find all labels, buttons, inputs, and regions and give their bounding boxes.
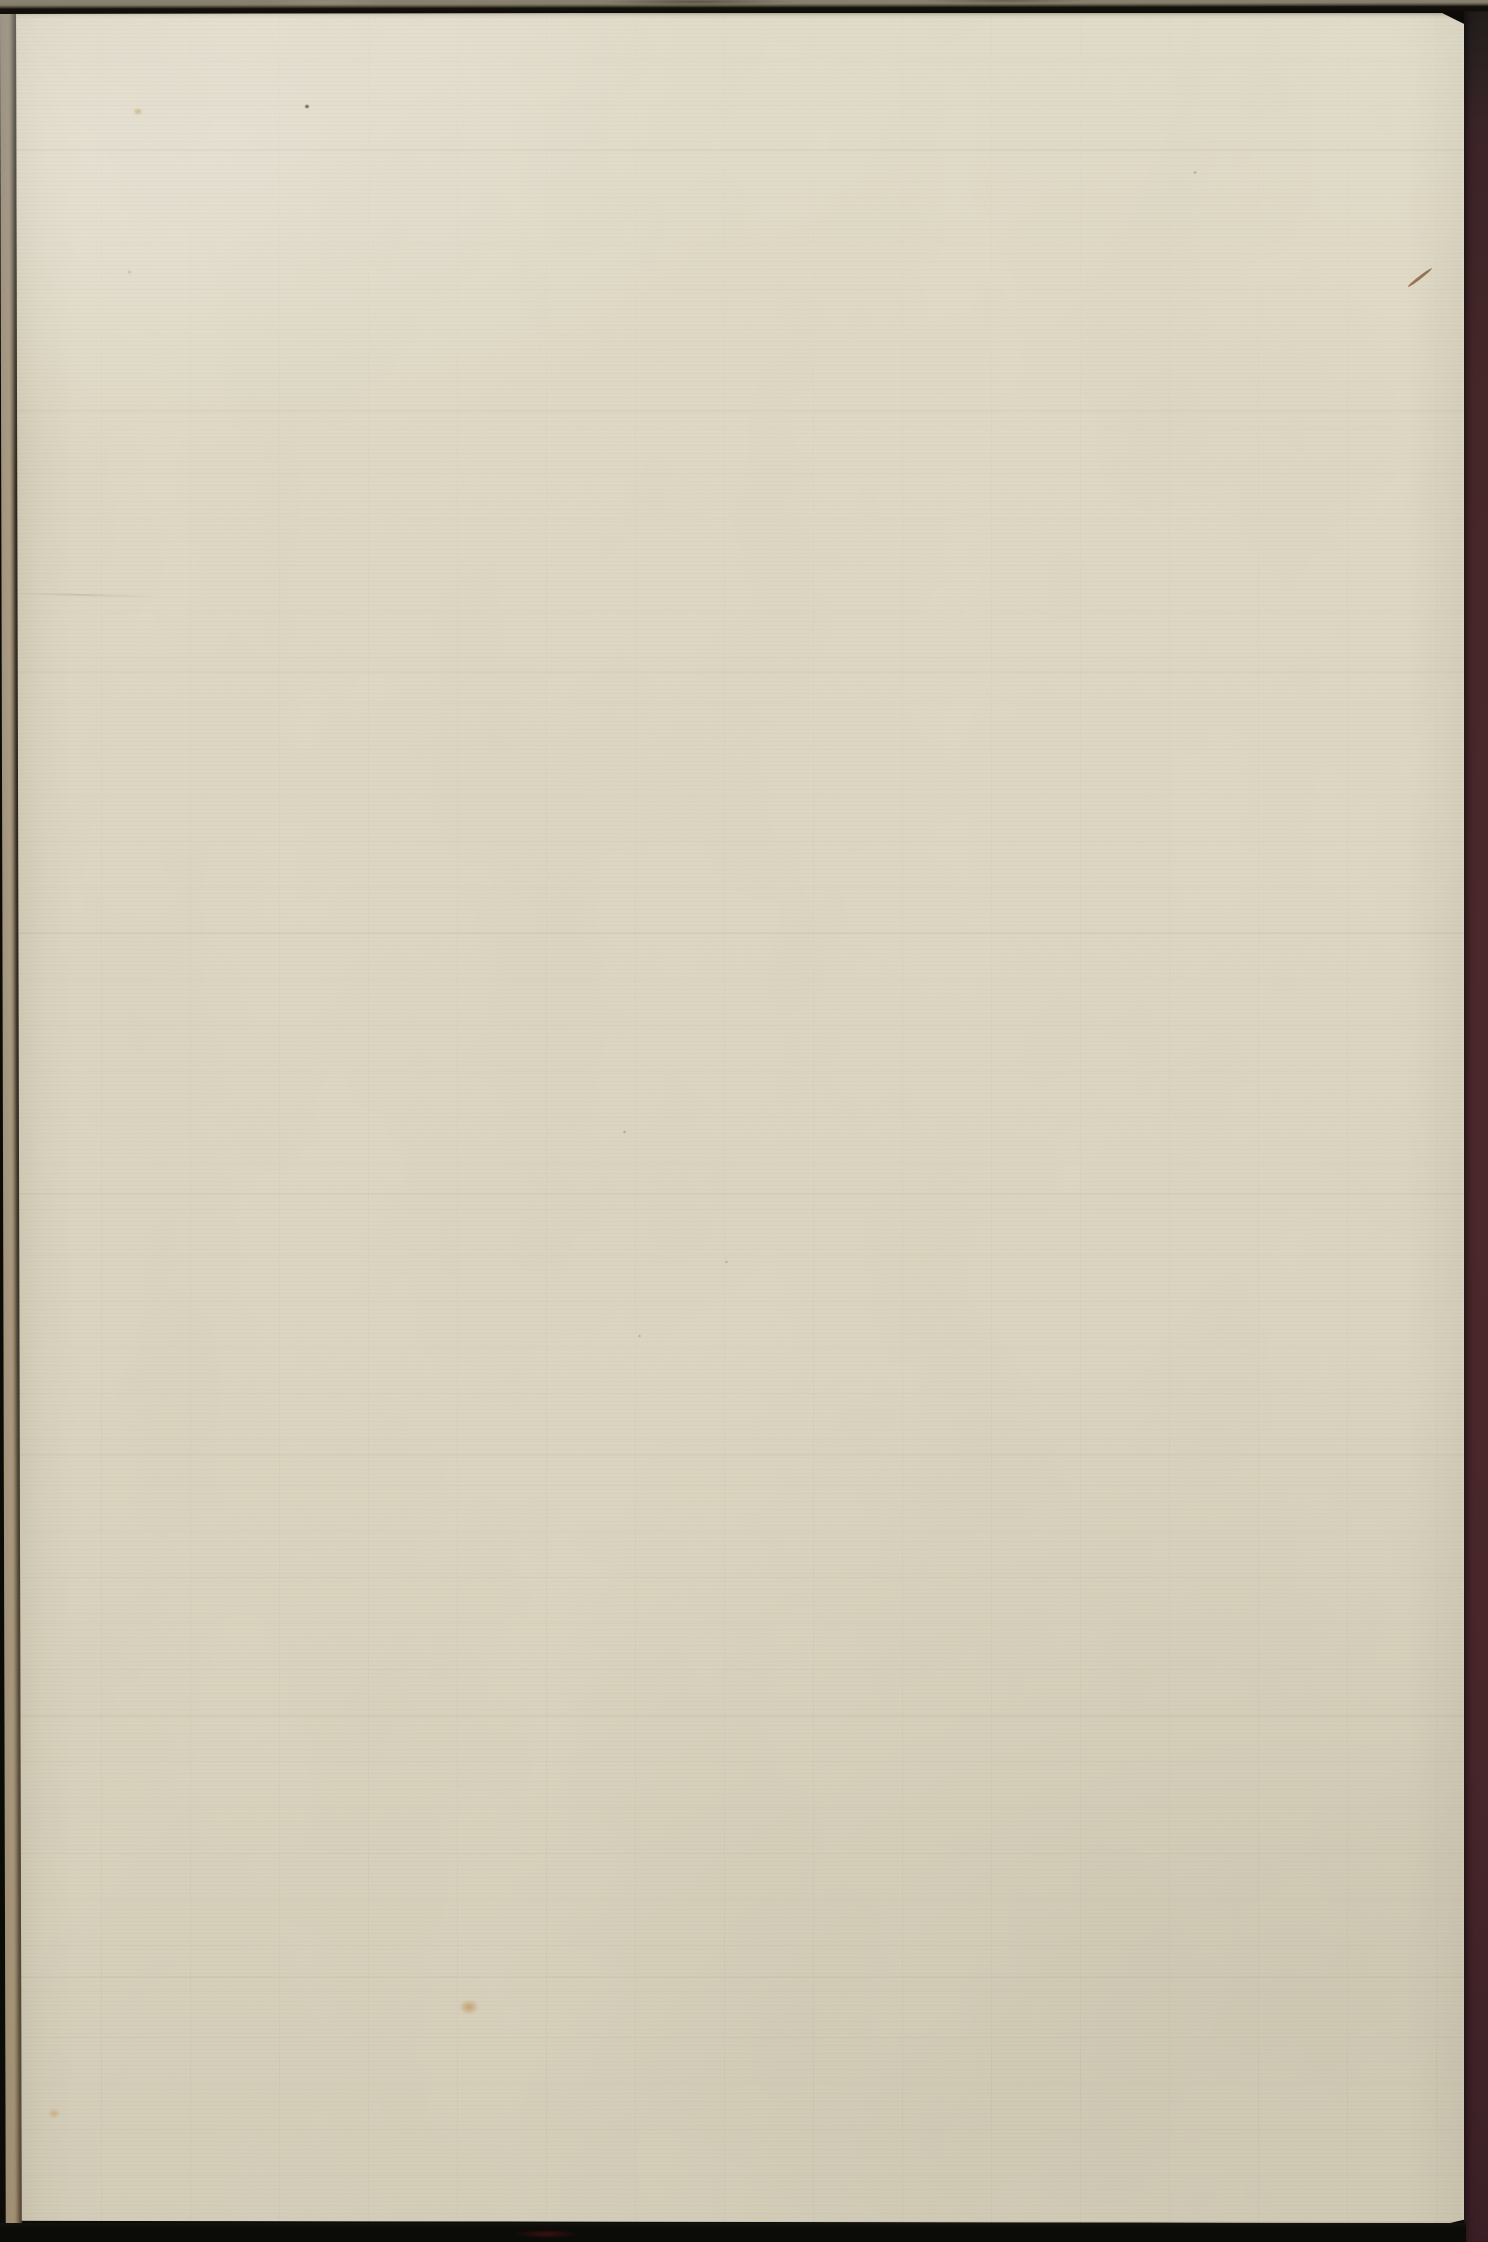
blank-page <box>12 13 1464 2223</box>
scan-bottom-background <box>0 2223 1466 2242</box>
book-page-scan <box>0 0 1488 2242</box>
paper-grain-texture <box>12 13 1464 2223</box>
binding-top-edge <box>0 0 1488 14</box>
book-cover-right-edge <box>1464 0 1488 2242</box>
